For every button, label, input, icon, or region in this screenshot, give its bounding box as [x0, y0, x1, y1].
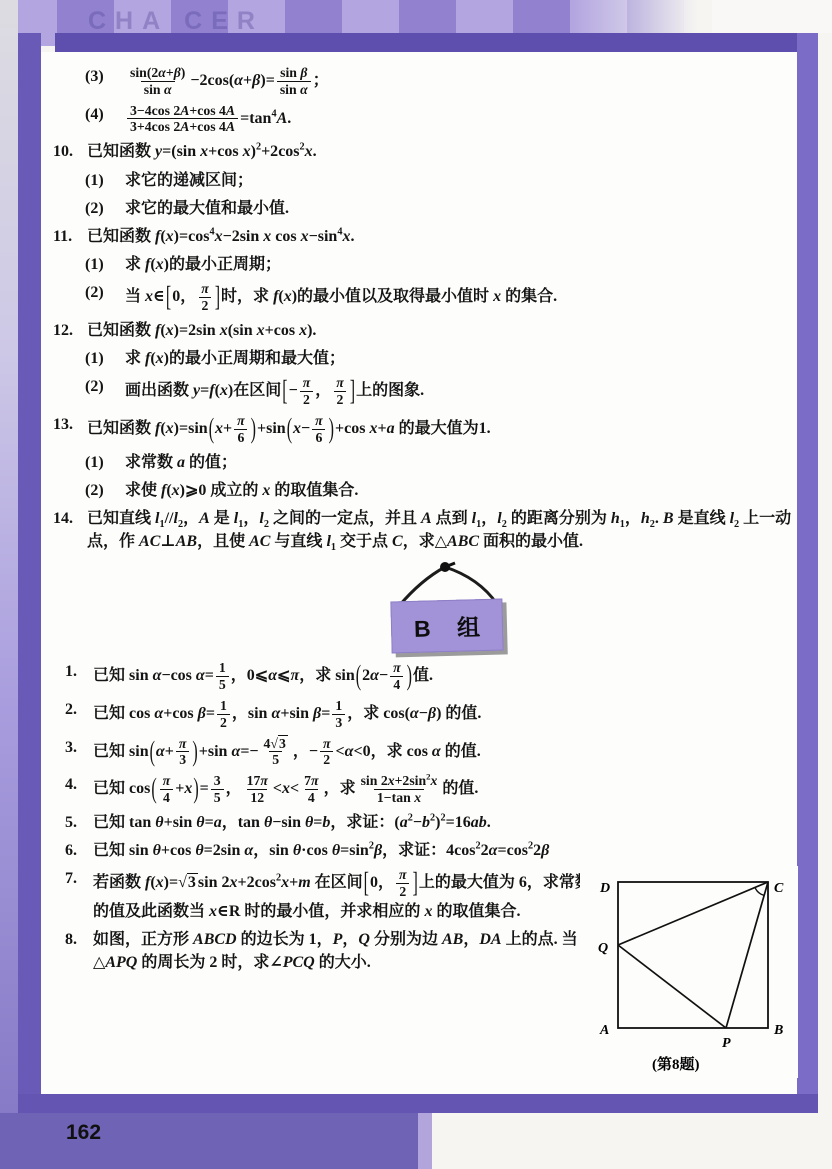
- exercise-item: (2)画出函数 y=f(x)在区间[−π2，π2]上的图象.: [53, 375, 793, 408]
- figure-caption: (第8题): [652, 1055, 700, 1073]
- item-number: (3): [85, 65, 125, 88]
- item-number: 2.: [65, 698, 93, 721]
- item-number: 8.: [65, 928, 93, 951]
- item-text: 3−4cos 2A+cos 4A3+4cos 2A+cos 4A=tan4A.: [125, 103, 793, 136]
- item-text: sin(2α+β)sin α−2cos(α+β)=sin βsin α；: [125, 65, 793, 98]
- item-number: (1): [85, 169, 125, 192]
- top-right-margin: [712, 0, 832, 33]
- item-text: 已知 sin α−cos α=15，0⩽α⩽π，求 sin(2α−π4)值.: [93, 660, 621, 693]
- exercise-item: 13.已知函数 f(x)=sin(x+π6)+sin(x−π6)+cos x+a…: [53, 413, 793, 446]
- item-text: 已知 sin(α+π3)+sin α=−4√35，−π2<α<0，求 cos α…: [93, 736, 621, 769]
- group-b-badge: B 组: [383, 558, 513, 654]
- item-text: 已知函数 f(x)=2sin x(sin x+cos x).: [87, 319, 793, 342]
- page-frame-left: [18, 33, 41, 1094]
- figure-label-d: D: [599, 881, 610, 896]
- figure-label-b: B: [773, 1023, 783, 1038]
- exercise-item: (1)求它的递减区间；: [53, 169, 793, 192]
- item-text: 求 f(x)的最小正周期和最大值；: [125, 347, 793, 370]
- exercise-item: 4.已知 cos(π4+x)=35，17π12<x<7π4，求sin 2x+2s…: [53, 773, 621, 806]
- exercise-item: 6.已知 sin θ+cos θ=2sin α，sin θ·cos θ=sin2…: [53, 839, 621, 862]
- item-number: 4.: [65, 773, 93, 796]
- exercise-item: 2.已知 cos α+cos β=12，sin α+sin β=13，求 cos…: [53, 698, 621, 731]
- page-frame-right: [797, 33, 818, 1113]
- item-number: 14.: [53, 507, 87, 530]
- figure-label-c: C: [774, 881, 784, 896]
- exercise-item: 14.已知直线 l1//l2，A 是 l1，l2 之间的一定点，并且 A 点到 …: [53, 507, 793, 553]
- item-number: (4): [85, 103, 125, 126]
- item-text: 已知 tan θ+sin θ=a，tan θ−sin θ=b，求证：(a2−b2…: [93, 811, 621, 834]
- figure-label-q: Q: [598, 941, 608, 956]
- item-text: 求它的递减区间；: [125, 169, 793, 192]
- exercise-item: (1)求 f(x)的最小正周期和最大值；: [53, 347, 793, 370]
- item-text: 已知 sin θ+cos θ=2sin α，sin θ·cos θ=sin2β，…: [93, 839, 621, 862]
- exercise-item: 11.已知函数 f(x)=cos4x−2sin x cos x−sin4x.: [53, 225, 793, 248]
- exercise-item: 7.若函数 f(x)=√3sin 2x+2cos2x+m 在区间[0，π2]上的…: [53, 867, 621, 923]
- exercise-item: (4)3−4cos 2A+cos 4A3+4cos 2A+cos 4A=tan4…: [53, 103, 793, 136]
- item-number: 10.: [53, 140, 87, 163]
- item-text: 求常数 a 的值；: [125, 451, 793, 474]
- figure-label-a: A: [599, 1023, 609, 1038]
- item-text: 当 x∈[0，π2]时，求 f(x)的最小值以及取得最小值时 x 的集合.: [125, 281, 793, 314]
- item-text: 已知 cos(π4+x)=35，17π12<x<7π4，求sin 2x+2sin…: [93, 773, 621, 806]
- exercise-item: (2)当 x∈[0，π2]时，求 f(x)的最小值以及取得最小值时 x 的集合.: [53, 281, 793, 314]
- item-text: 求使 f(x)⩾0 成立的 x 的取值集合.: [125, 479, 793, 502]
- exercise-item: (1)求 f(x)的最小正周期；: [53, 253, 793, 276]
- item-number: (1): [85, 253, 125, 276]
- page-frame-top: [55, 33, 818, 52]
- item-text: 已知函数 f(x)=cos4x−2sin x cos x−sin4x.: [87, 225, 793, 248]
- item-text: 如图，正方形 ABCD 的边长为 1，P，Q 分别为边 AB，DA 上的点. 当…: [93, 928, 621, 974]
- outer-left-strip: [0, 0, 18, 1169]
- item-text: 求 f(x)的最小正周期；: [125, 253, 793, 276]
- item-text: 已知函数 f(x)=sin(x+π6)+sin(x−π6)+cos x+a 的最…: [87, 413, 793, 446]
- exercise-item: 10.已知函数 y=(sin x+cos x)2+2cos2x.: [53, 140, 793, 163]
- item-number: 6.: [65, 839, 93, 862]
- exercise-item: 12.已知函数 f(x)=2sin x(sin x+cos x).: [53, 319, 793, 342]
- item-number: (1): [85, 347, 125, 370]
- exercise-item: (2)求它的最大值和最小值.: [53, 197, 793, 220]
- item-number: 3.: [65, 736, 93, 759]
- item-number: (2): [85, 281, 125, 304]
- exercise-item: (3)sin(2α+β)sin α−2cos(α+β)=sin βsin α；: [53, 65, 793, 98]
- exercise-item: (2)求使 f(x)⩾0 成立的 x 的取值集合.: [53, 479, 793, 502]
- item-number: 13.: [53, 413, 87, 436]
- group-a-exercise-list: (3)sin(2α+β)sin α−2cos(α+β)=sin βsin α；(…: [53, 65, 793, 553]
- ghost-header-text: CHA CER: [88, 7, 264, 36]
- exercise-item: 1.已知 sin α−cos α=15，0⩽α⩽π，求 sin(2α−π4)值.: [53, 660, 621, 693]
- bottom-purple-block: [0, 1113, 432, 1169]
- item-number: 1.: [65, 660, 93, 683]
- item-number: 5.: [65, 811, 93, 834]
- item-text: 已知直线 l1//l2，A 是 l1，l2 之间的一定点，并且 A 点到 l1，…: [87, 507, 793, 553]
- figure-label-p: P: [722, 1036, 731, 1051]
- exercise-item: 8.如图，正方形 ABCD 的边长为 1，P，Q 分别为边 AB，DA 上的点.…: [53, 928, 621, 974]
- item-text: 已知 cos α+cos β=12，sin α+sin β=13，求 cos(α…: [93, 698, 621, 731]
- page-frame-bottom: [18, 1094, 818, 1113]
- item-text: 已知函数 y=(sin x+cos x)2+2cos2x.: [87, 140, 793, 163]
- exercise-item: (1)求常数 a 的值；: [53, 451, 793, 474]
- badge-label: B 组: [404, 609, 491, 644]
- item-number: (2): [85, 479, 125, 502]
- item-text: 若函数 f(x)=√3sin 2x+2cos2x+m 在区间[0，π2]上的最大…: [93, 867, 621, 923]
- item-number: (2): [85, 375, 125, 398]
- figure-problem-8: D C Q A B P (第8题): [580, 866, 798, 1078]
- item-number: 7.: [65, 867, 93, 890]
- textbook-page: CHA CER 162 (3)sin(2α+β)sin α−2cos(α+β)=…: [0, 0, 832, 1169]
- item-text: 求它的最大值和最小值.: [125, 197, 793, 220]
- page-number: 162: [66, 1121, 101, 1145]
- item-number: 11.: [53, 225, 87, 248]
- exercise-item: 3.已知 sin(α+π3)+sin α=−4√35，−π2<α<0，求 cos…: [53, 736, 621, 769]
- square-figure-icon: D C Q A B P (第8题): [580, 866, 798, 1078]
- item-number: (2): [85, 197, 125, 220]
- item-number: (1): [85, 451, 125, 474]
- exercise-item: 5.已知 tan θ+sin θ=a，tan θ−sin θ=b，求证：(a2−…: [53, 811, 621, 834]
- item-number: 12.: [53, 319, 87, 342]
- badge-plate: B 组: [390, 599, 503, 654]
- item-text: 画出函数 y=f(x)在区间[−π2，π2]上的图象.: [125, 375, 793, 408]
